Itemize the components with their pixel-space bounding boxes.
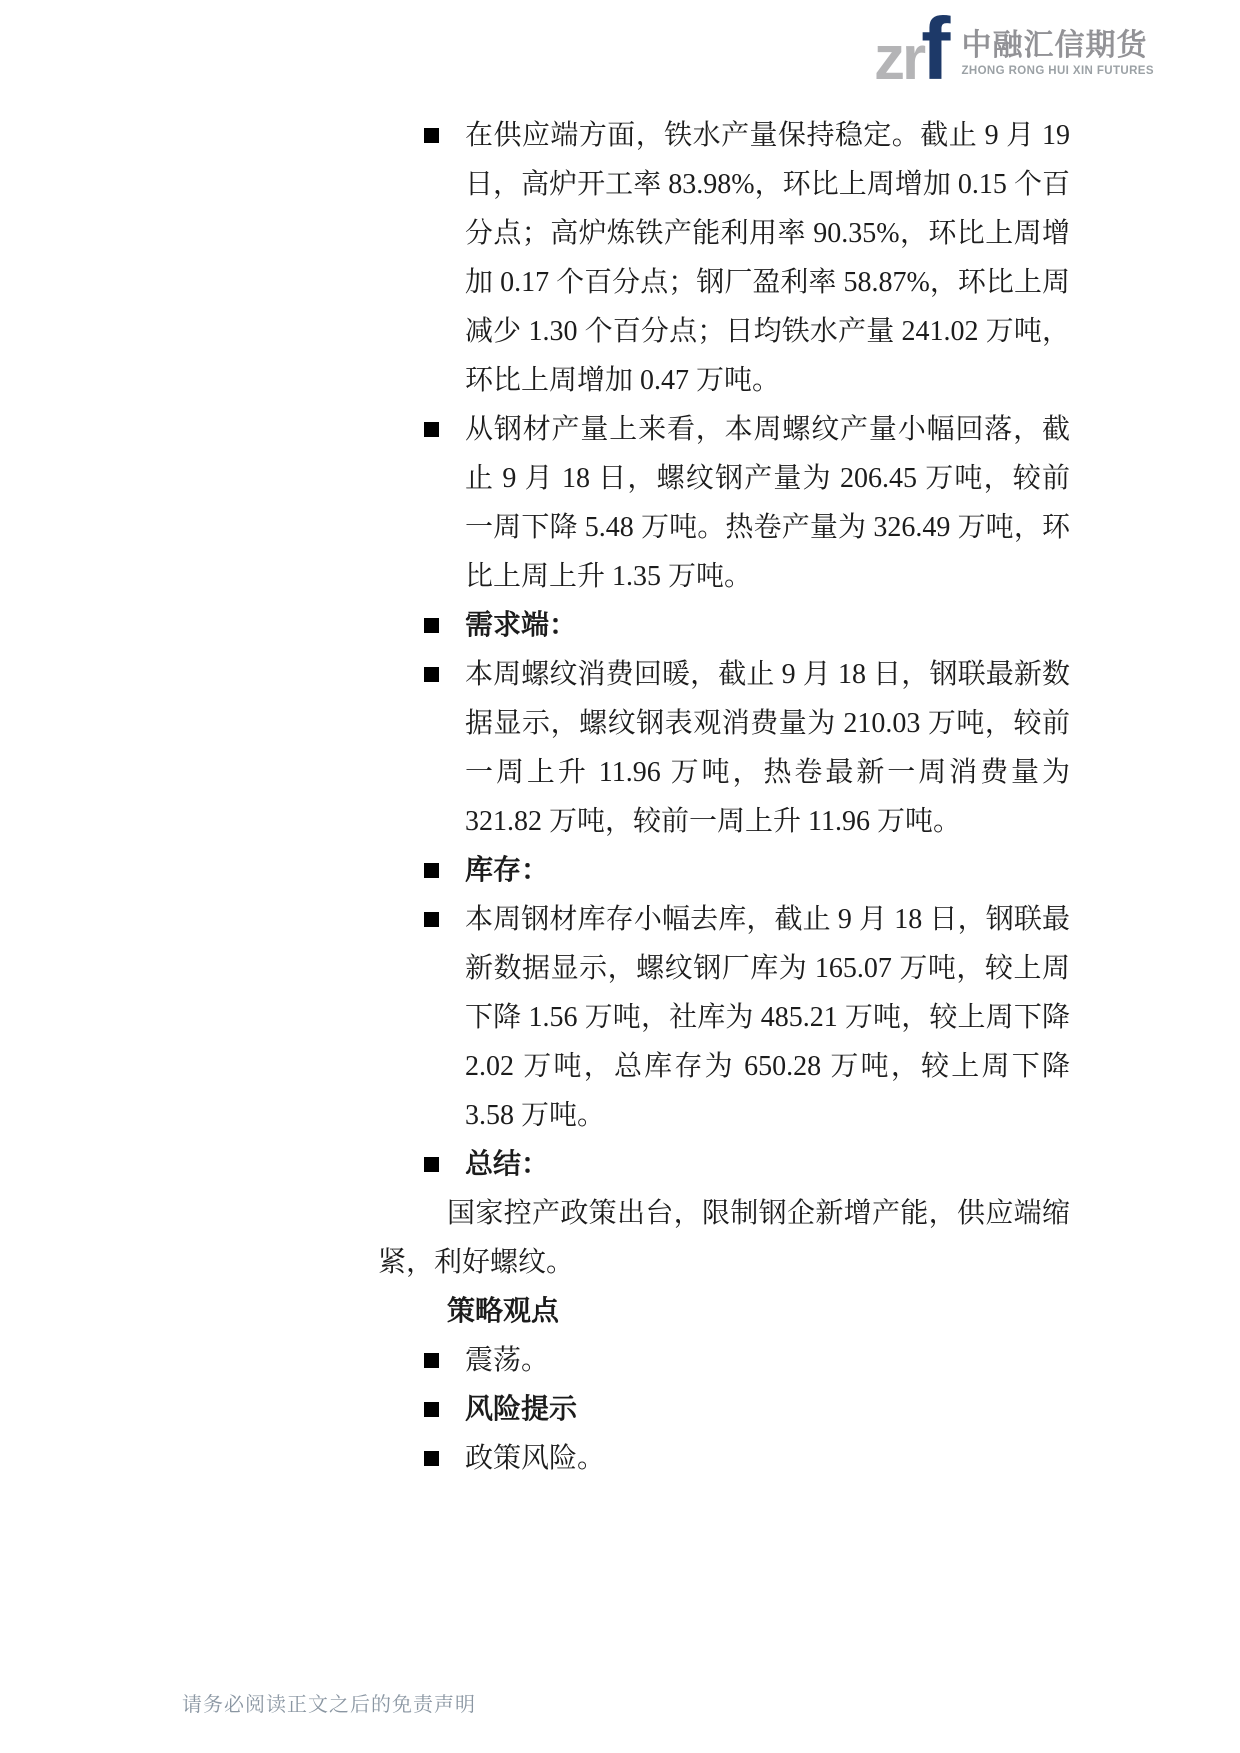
zrf-logo-mark: zr f (874, 22, 950, 78)
logo-letters-zr: zr (874, 40, 923, 78)
bullet-item-demand: 本周螺纹消费回暖，截止 9 月 18 日，钢联最新数据显示，螺纹钢表观消费量为 … (378, 650, 1070, 846)
bullet-text: 震荡。 (465, 1336, 1070, 1385)
bullet-marker-cell (424, 846, 465, 895)
company-logo: zr f 中融汇信期货 ZHONG RONG HUI XIN FUTURES (874, 22, 1154, 78)
bullet-square-icon (424, 1451, 439, 1466)
bullet-text: 库存： (465, 846, 1070, 895)
company-name-en: ZHONG RONG HUI XIN FUTURES (961, 65, 1154, 77)
bullet-marker-cell (424, 1140, 465, 1189)
bullet-square-icon (424, 618, 439, 633)
bullet-item-strategy: 震荡。 (378, 1336, 1070, 1385)
bullet-text: 需求端： (465, 601, 1070, 650)
bullet-square-icon (424, 1353, 439, 1368)
bullet-marker-cell (424, 405, 465, 601)
logo-letter-f: f (921, 22, 950, 77)
bullet-item-supply: 在供应端方面，铁水产量保持稳定。截止 9 月 19 日，高炉开工率 83.98%… (378, 111, 1070, 405)
bullet-item-steel-output: 从钢材产量上来看，本周螺纹产量小幅回落，截止 9 月 18 日，螺纹钢产量为 2… (378, 405, 1070, 601)
bullet-item-inventory: 本周钢材库存小幅去库，截止 9 月 18 日，钢联最新数据显示，螺纹钢厂库为 1… (378, 895, 1070, 1140)
bullet-marker-cell (424, 601, 465, 650)
disclaimer-note: 请务必阅读正文之后的免责声明 (182, 1688, 476, 1717)
company-name-cn: 中融汇信期货 (961, 29, 1154, 62)
summary-paragraph: 国家控产政策出台，限制钢企新增产能，供应端缩紧，利好螺纹。 (378, 1189, 1070, 1287)
bullet-text: 政策风险。 (465, 1434, 1070, 1483)
bullet-marker-cell (424, 650, 465, 846)
bullet-marker-cell (424, 895, 465, 1140)
bullet-item-risk-heading: 风险提示 (378, 1385, 1070, 1434)
company-names: 中融汇信期货 ZHONG RONG HUI XIN FUTURES (961, 29, 1154, 78)
bullet-square-icon (424, 667, 439, 682)
bullet-text: 总结： (465, 1140, 1070, 1189)
bullet-marker-cell (424, 1434, 465, 1483)
bullet-text: 在供应端方面，铁水产量保持稳定。截止 9 月 19 日，高炉开工率 83.98%… (465, 111, 1070, 405)
bullet-text: 本周钢材库存小幅去库，截止 9 月 18 日，钢联最新数据显示，螺纹钢厂库为 1… (465, 895, 1070, 1140)
bullet-item-inventory-heading: 库存： (378, 846, 1070, 895)
bullet-square-icon (424, 912, 439, 927)
bullet-marker-cell (424, 111, 465, 405)
bullet-text: 从钢材产量上来看，本周螺纹产量小幅回落，截止 9 月 18 日，螺纹钢产量为 2… (465, 405, 1070, 601)
bullet-marker-cell (424, 1336, 465, 1385)
bullet-marker-cell (424, 1385, 465, 1434)
bullet-square-icon (424, 128, 439, 143)
bullet-square-icon (424, 863, 439, 878)
bullet-text: 风险提示 (465, 1385, 1070, 1434)
bullet-text: 本周螺纹消费回暖，截止 9 月 18 日，钢联最新数据显示，螺纹钢表观消费量为 … (465, 650, 1070, 846)
strategy-heading: 策略观点 (447, 1287, 1070, 1336)
bullet-square-icon (424, 1402, 439, 1417)
bullet-item-demand-heading: 需求端： (378, 601, 1070, 650)
report-page: { "logo": { "zr": "zr", "f": "f", "compa… (0, 0, 1240, 1753)
bullet-square-icon (424, 1157, 439, 1172)
bullet-item-risk: 政策风险。 (378, 1434, 1070, 1483)
bullet-item-summary-heading: 总结： (378, 1140, 1070, 1189)
report-body: 在供应端方面，铁水产量保持稳定。截止 9 月 19 日，高炉开工率 83.98%… (378, 111, 1070, 1483)
bullet-square-icon (424, 422, 439, 437)
